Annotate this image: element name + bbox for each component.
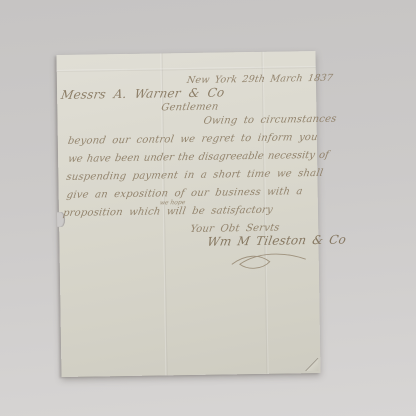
letter-paper: New York 29th March 1837 Messrs A. Warne… — [56, 51, 320, 377]
addressee: Messrs A. Warner & Co — [60, 85, 226, 102]
body-line: Owing to circumstances — [203, 114, 338, 127]
body-line: suspending payment in a short time we sh… — [66, 168, 324, 183]
body-line: proposition which will be satisfactory — [62, 205, 274, 219]
folded-corner — [305, 358, 318, 371]
dateline: New York 29th March 1837 — [186, 73, 334, 86]
body-line: we have been under the disagreeable nece… — [67, 150, 329, 165]
signature-flourish — [226, 250, 312, 273]
fold-crease-horizontal — [57, 66, 316, 72]
letter-photograph: New York 29th March 1837 Messrs A. Warne… — [0, 0, 416, 416]
interlinear-insertion: we hope — [159, 199, 186, 206]
signature: Wm M Tileston & Co — [206, 233, 347, 249]
salutation: Gentlemen — [160, 102, 219, 114]
body-line: beyond our control we regret to inform y… — [67, 132, 319, 147]
